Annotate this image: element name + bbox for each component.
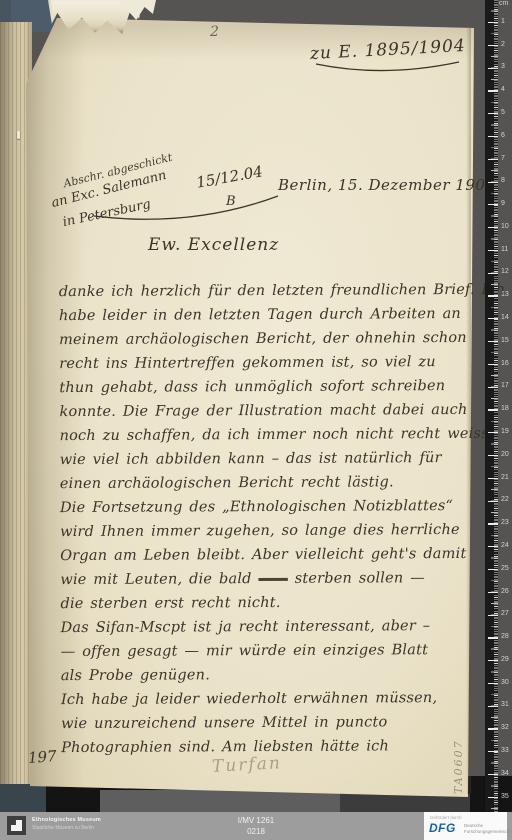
ruler-cm-tick (488, 182, 498, 183)
ruler-mm-ticks (494, 0, 499, 813)
ruler-cm-number: 18 (501, 405, 512, 412)
letter-line: wie mit Leuten, die bald —— sterben soll… (60, 566, 474, 592)
letter-line: einen archäologischen Bericht recht läst… (60, 470, 474, 496)
ruler-cm-tick (488, 751, 498, 752)
ruler-cm-number: 25 (501, 565, 512, 572)
letter-body: danke ich herzlich für den letzten freun… (59, 278, 476, 760)
ruler-cm-tick (488, 159, 498, 160)
letter-line: Das Sifan-Mscpt ist ja recht interessant… (61, 614, 475, 640)
ruler-cm-tick (488, 68, 498, 69)
ruler-cm-tick (488, 569, 498, 570)
letter-line: Die Fortsetzung des „Ethnologischen Noti… (60, 494, 474, 520)
ruler-cm-tick (488, 797, 498, 798)
ruler-cm-tick (488, 706, 498, 707)
ruler-cm-number: 9 (501, 200, 512, 207)
ruler-cm-tick (488, 478, 498, 479)
ruler-cm-number: 20 (501, 451, 512, 458)
ruler-cm-number: 11 (501, 246, 512, 253)
vertical-margin-mark: TA0607 (452, 739, 465, 794)
ruler-cm-number: 35 (501, 793, 512, 800)
letter-line: wie unzureichend unsere Mittel in puncto (61, 710, 475, 736)
letter-line: die sterben erst recht nicht. (60, 590, 474, 616)
ruler-cm-tick (488, 22, 498, 23)
funding-box: Gefördert durch DFG Deutsche Forschungsg… (424, 812, 507, 840)
ruler-cm-number: 28 (501, 633, 512, 640)
ruler-cm-tick (488, 136, 498, 137)
ruler-cm-number: 30 (501, 679, 512, 686)
crossed-out-word: —— (258, 571, 287, 587)
ruler-cm-number: 16 (501, 360, 512, 367)
ruler-cm-number: 7 (501, 155, 512, 162)
scanned-letter-photo: 2 zu E. 1895/1904 Abschr. abgeschickt an… (0, 0, 512, 840)
ruler-cm-tick (488, 45, 498, 46)
ruler-cm-tick (488, 318, 498, 319)
ruler-cm-number: 1 (501, 18, 512, 25)
ruler-cm-tick (488, 273, 498, 274)
ruler-cm-tick (488, 432, 498, 433)
ruler-cm-number: 4 (501, 86, 512, 93)
ruler-cm-number: 33 (501, 747, 512, 754)
letter-line: meinem archäologischen Bericht, der ohne… (59, 326, 473, 352)
ruler-cm-number: 13 (501, 291, 512, 298)
letter-line: als Probe genügen. (61, 662, 475, 688)
ruler-cm-tick (488, 90, 498, 91)
letter-line: thun gehabt, dass ich unmöglich sofort s… (59, 374, 473, 400)
registry-underline-flourish (312, 60, 464, 76)
ruler-cm-tick (488, 295, 498, 296)
ruler-cm-tick (488, 204, 498, 205)
ruler-cm-tick (488, 660, 498, 661)
ruler-cm-number: 23 (501, 519, 512, 526)
funding-label: Gefördert durch (430, 815, 462, 820)
ruler-cm-tick (488, 637, 498, 638)
ruler-cm-tick (488, 409, 498, 410)
backdrop-gray-patch (100, 790, 340, 812)
footer-bar: Ethnologisches Museum Staatliche Museen … (0, 812, 512, 840)
letter-line: wie viel ich abbilden kann – das ist nat… (60, 446, 474, 472)
ruler-cm-tick (488, 387, 498, 388)
letter-line: wird Ihnen immer zugehen, so lange dies … (60, 518, 474, 544)
funding-org-line2: Forschungsgemeinschaft (464, 829, 512, 834)
ruler-cm-number: 6 (501, 132, 512, 139)
ruler-cm-number: 24 (501, 542, 512, 549)
measuring-ruler: cm 1234567891011121314151617181920212223… (485, 0, 512, 813)
ruler-cm-number: 10 (501, 223, 512, 230)
ruler-cm-tick (488, 455, 498, 456)
ruler-cm-tick (488, 341, 498, 342)
ruler-cm-number: 21 (501, 474, 512, 481)
ruler-cm-number: 32 (501, 724, 512, 731)
pencil-annotation: Turfan (212, 753, 283, 777)
page-number: 2 (210, 24, 219, 40)
ruler-cm-tick (488, 250, 498, 251)
ruler-cm-tick (488, 774, 498, 775)
letter-line: Ich habe ja leider wiederholt erwähnen m… (61, 686, 475, 712)
ruler-cm-tick (488, 546, 498, 547)
ruler-cm-tick (488, 227, 498, 228)
dfg-logo: DFG (429, 821, 456, 835)
ruler-cm-number: 3 (501, 63, 512, 70)
dispatch-note-flourish (88, 188, 288, 224)
ruler-cm-number: 12 (501, 268, 512, 275)
ruler-cm-number: 2 (501, 41, 512, 48)
ruler-unit-label: cm (499, 0, 508, 7)
ruler-cm-tick (488, 364, 498, 365)
ruler-strip (485, 0, 498, 813)
salutation: Ew. Excellenz (148, 235, 279, 255)
letter-line: konnte. Die Frage der Illustration macht… (59, 398, 473, 424)
ruler-cm-number: 26 (501, 588, 512, 595)
letter-line: danke ich herzlich für den letzten freun… (59, 278, 473, 304)
ruler-cm-number: 14 (501, 314, 512, 321)
ruler-cm-number: 31 (501, 701, 512, 708)
ruler-cm-number: 15 (501, 337, 512, 344)
ruler-cm-number: 29 (501, 656, 512, 663)
funding-org-line1: Deutsche (464, 823, 483, 828)
ruler-cm-number: 5 (501, 109, 512, 116)
letter-line: Organ am Leben bleibt. Aber vielleicht g… (60, 542, 474, 568)
ruler-cm-tick (488, 592, 498, 593)
letter-line: — offen gesagt — mir würde ein einziges … (61, 638, 475, 664)
backdrop-gray-patch-2 (340, 794, 470, 812)
dateline: Berlin, 15. Dezember 1904. (278, 176, 501, 194)
ruler-cm-tick (488, 683, 498, 684)
ruler-cm-number: 22 (501, 496, 512, 503)
ruler-cm-number: 17 (501, 382, 512, 389)
ruler-cm-tick (488, 523, 498, 524)
binding-thread (17, 131, 20, 139)
ruler-cm-tick (488, 113, 498, 114)
letter-line: habe leider in den letzten Tagen durch A… (59, 302, 473, 328)
letter-line: recht ins Hintertreffen gekommen ist, so… (59, 350, 473, 376)
folio-number: 197 (27, 747, 57, 767)
ruler-cm-number: 19 (501, 428, 512, 435)
ruler-cm-tick (488, 728, 498, 729)
ruler-cm-number: 8 (501, 177, 512, 184)
ruler-cm-number: 34 (501, 770, 512, 777)
ruler-cm-tick (488, 615, 498, 616)
letter-line: noch zu schaffen, da ich immer noch nich… (60, 422, 474, 448)
ruler-cm-tick (488, 501, 498, 502)
ruler-cm-number: 27 (501, 610, 512, 617)
